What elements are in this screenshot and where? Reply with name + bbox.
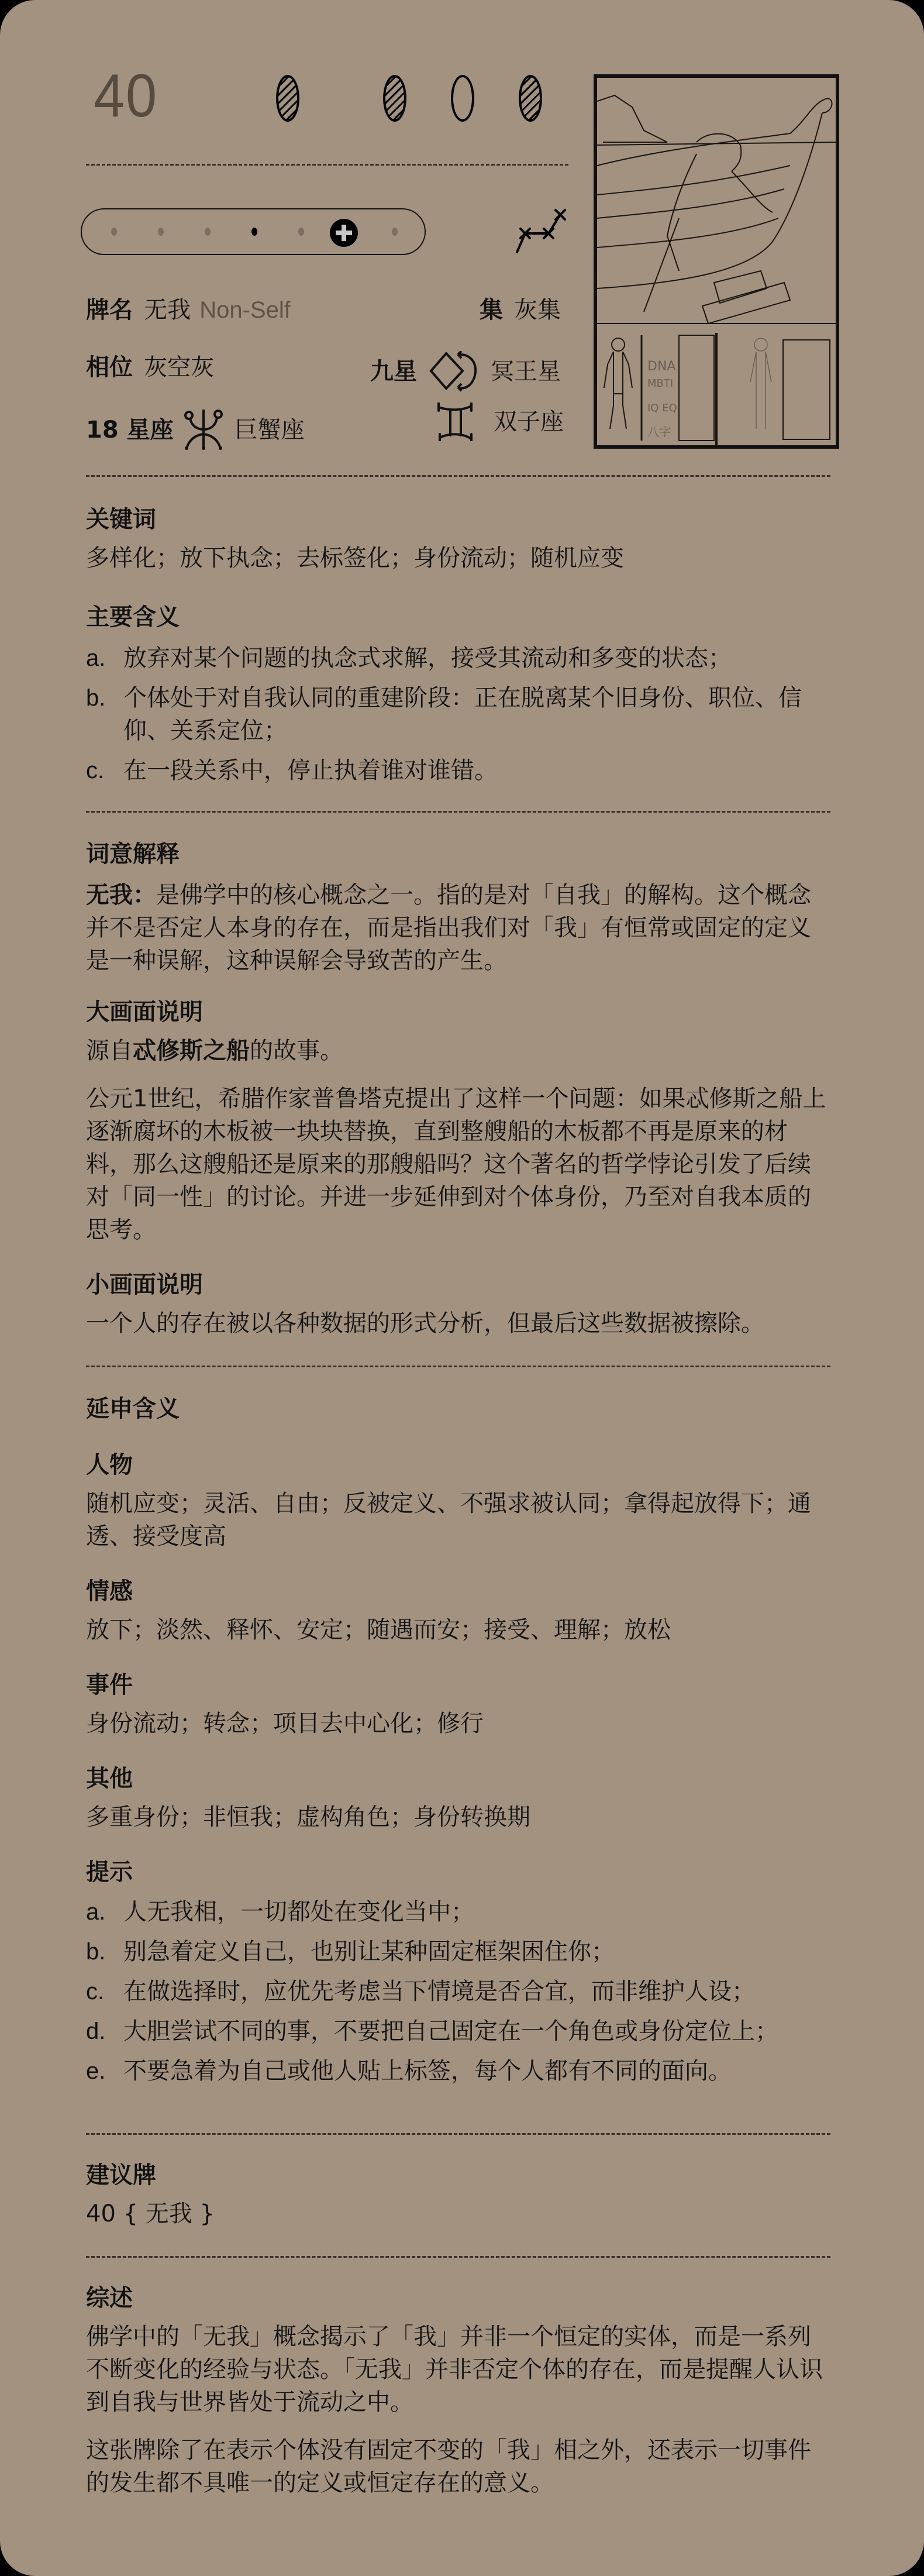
gemini-symbol-icon: [437, 403, 474, 441]
big-picture-section: 大画面说明 源自忒修斯之船的故事。 公元1世纪，希腊作家普鲁塔克提出了这样一个问…: [86, 996, 829, 1246]
plus-circle-icon: [330, 219, 358, 247]
list-text: 在做选择时，应优先考虑当下情境是否合宜，而非维护人设；: [123, 1975, 755, 2008]
summary-section: 综述 佛学中的「无我」概念揭示了「我」并非一个恒定的实体，而是一系列不断变化的经…: [86, 2282, 829, 2499]
extended-section: 延申含义 人物 随机应变；灵活、自由；反被定义、不强求被认同；拿得起放得下；通透…: [86, 1392, 829, 2094]
zodiac2-row: 双子座: [437, 403, 564, 441]
divider: [86, 164, 568, 166]
list-text: 放弃对某个问题的执念式求解，接受其流动和多变的状态；: [123, 642, 732, 675]
nine-star-value: 冥王星: [491, 355, 561, 388]
illustration-label: IQ EQ: [647, 402, 677, 414]
person-text: 随机应变；灵活、自由；反被定义、不强求被认同；拿得起放得下；通透、接受度高: [86, 1487, 829, 1553]
big-picture-intro: 源自忒修斯之船的故事。: [86, 1034, 829, 1067]
card-illustration: DNA MBTI IQ EQ 八字: [594, 74, 839, 449]
card-name-cn: 无我: [144, 297, 191, 324]
phase-label: 相位: [86, 354, 133, 381]
main-meaning-item: a. 放弃对某个问题的执念式求解，接受其流动和多变的状态；: [86, 642, 829, 675]
divider: [86, 475, 830, 477]
moon-phase-empty-icon: [451, 75, 474, 122]
suggested-section: 建议牌 40 { 无我 }: [86, 2159, 829, 2230]
moon-phase-hatched-icon: [383, 75, 406, 122]
list-marker: b.: [86, 1935, 123, 1968]
tip-item: d. 大胆尝试不同的事，不要把自己固定在一个角色或身份定位上；: [86, 2015, 829, 2048]
cancer-glyph-icon: [183, 410, 224, 450]
small-picture-title: 小画面说明: [86, 1268, 829, 1301]
keywords-title: 关键词: [86, 503, 829, 536]
word-meaning-term: 无我：: [86, 882, 156, 909]
track-dot: [111, 228, 117, 236]
word-meaning-paragraph: 无我：是佛学中的核心概念之一。指的是对「自我」的解构。这个概念并不是否定人本身的…: [86, 879, 829, 977]
summary-title: 综述: [86, 2282, 829, 2314]
track-dot: [298, 228, 304, 236]
list-text: 大胆尝试不同的事，不要把自己固定在一个角色或身份定位上；: [123, 2015, 778, 2048]
divider: [86, 811, 830, 813]
card-number: 40: [94, 66, 158, 126]
divider: [86, 2133, 830, 2135]
main-meaning-section: 主要含义 a. 放弃对某个问题的执念式求解，接受其流动和多变的状态； b. 个体…: [86, 601, 829, 794]
main-meaning-title: 主要含义: [86, 601, 829, 634]
list-text: 人无我相，一切都处在变化当中；: [123, 1896, 474, 1928]
moon-phase-hatched-icon: [276, 75, 299, 122]
word-meaning-section: 词意解释 无我：是佛学中的核心概念之一。指的是对「自我」的解构。这个概念并不是否…: [86, 838, 829, 977]
track-dot: [392, 228, 398, 236]
phase-value: 灰空灰: [144, 354, 214, 381]
event-text: 身份流动；转念；项目去中心化；修行: [86, 1707, 829, 1740]
set-row: 集 灰集: [480, 294, 561, 326]
track-dot: [205, 228, 211, 236]
zodiac-row: 18 星座 巨蟹座: [86, 410, 305, 450]
main-meaning-item: c. 在一段关系中，停止执着谁对谁错。: [86, 754, 829, 787]
list-marker: a.: [86, 642, 123, 675]
big-picture-title: 大画面说明: [86, 996, 829, 1029]
phase-row: 相位 灰空灰: [86, 351, 214, 384]
card: 40 牌名 无我 Non-Self 集 灰集 相位 灰空: [0, 0, 924, 2576]
zodiac-label: 18 星座: [86, 414, 174, 446]
list-marker: c.: [86, 1975, 123, 2008]
card-name-en: Non-Self: [199, 297, 291, 323]
emotion-title: 情感: [86, 1575, 829, 1608]
position-track: [81, 208, 426, 255]
summary-p2: 这张牌除了在表示个体没有固定不变的「我」相之外，还表示一切事件的发生都不具唯一的…: [86, 2434, 829, 2499]
divider: [86, 2256, 830, 2258]
list-marker: c.: [86, 754, 123, 787]
moon-phase-hatched-icon: [519, 75, 542, 122]
tip-item: a. 人无我相，一切都处在变化当中；: [86, 1896, 829, 1928]
divider: [86, 1366, 830, 1367]
card-name-label: 牌名: [86, 297, 133, 324]
list-marker: d.: [86, 2015, 123, 2048]
emotion-text: 放下；淡然、释怀、安定；随遇而安；接受、理解；放松: [86, 1614, 829, 1646]
other-text: 多重身份；非恒我；虚构角色；身份转换期: [86, 1801, 829, 1834]
intro-bold: 忒修斯之船: [133, 1037, 250, 1064]
list-marker: b.: [86, 682, 123, 747]
list-text: 别急着定义自己，也别让某种固定框架困住你；: [123, 1935, 615, 1968]
constellation-icon: [515, 208, 567, 254]
main-meaning-item: b. 个体处于对自我认同的重建阶段：正在脱离某个旧身份、职位、信仰、关系定位；: [86, 682, 829, 747]
pluto-symbol-icon: [429, 351, 481, 392]
list-text: 个体处于对自我认同的重建阶段：正在脱离某个旧身份、职位、信仰、关系定位；: [123, 682, 829, 747]
nine-star-row: 九星 冥王星: [370, 351, 561, 392]
card-name-row: 牌名 无我 Non-Self: [86, 294, 291, 326]
illustration-label: 八字: [647, 425, 671, 439]
tip-item: c. 在做选择时，应优先考虑当下情境是否合宜，而非维护人设；: [86, 1975, 829, 2008]
suggested-title: 建议牌: [86, 2159, 829, 2192]
keywords-section: 关键词 多样化；放下执念；去标签化；身份流动；随机应变: [86, 503, 829, 575]
word-meaning-title: 词意解释: [86, 838, 829, 871]
set-value: 灰集: [514, 297, 561, 324]
tip-item: e. 不要急着为自己或他人贴上标签，每个人都有不同的面向。: [86, 2055, 829, 2087]
extended-title: 延申含义: [86, 1392, 829, 1425]
illustration-label: MBTI: [647, 377, 673, 390]
small-picture-text: 一个人的存在被以各种数据的形式分析，但最后这些数据被擦除。: [86, 1307, 829, 1340]
zodiac1-value: 巨蟹座: [235, 414, 305, 446]
track-dot-active: [251, 228, 257, 236]
list-text: 不要急着为自己或他人贴上标签，每个人都有不同的面向。: [123, 2055, 732, 2087]
tips-title: 提示: [86, 1856, 829, 1889]
intro-post: 的故事。: [250, 1037, 343, 1064]
keywords-text: 多样化；放下执念；去标签化；身份流动；随机应变: [86, 542, 829, 575]
list-marker: e.: [86, 2055, 123, 2087]
summary-p1: 佛学中的「无我」概念揭示了「我」并非一个恒定的实体，而是一系列不断变化的经验与状…: [86, 2320, 829, 2419]
zodiac2-value: 双子座: [494, 405, 564, 438]
big-picture-text: 公元1世纪，希腊作家普鲁塔克提出了这样一个问题：如果忒修斯之船上逐渐腐坏的木板被…: [86, 1082, 829, 1246]
other-title: 其他: [86, 1762, 829, 1795]
word-meaning-text: 是佛学中的核心概念之一。指的是对「自我」的解构。这个概念并不是否定人本身的存在，…: [86, 882, 811, 974]
person-title: 人物: [86, 1449, 829, 1481]
track-dot: [158, 228, 164, 236]
small-picture-section: 小画面说明 一个人的存在被以各种数据的形式分析，但最后这些数据被擦除。: [86, 1268, 829, 1340]
nine-star-label: 九星: [370, 355, 417, 388]
intro-pre: 源自: [86, 1037, 133, 1064]
list-marker: a.: [86, 1896, 123, 1928]
list-text: 在一段关系中，停止执着谁对谁错。: [123, 754, 498, 787]
ship-of-theseus-illustration: DNA MBTI IQ EQ 八字: [597, 78, 836, 445]
event-title: 事件: [86, 1669, 829, 1701]
illustration-label: DNA: [647, 359, 675, 374]
set-label: 集: [480, 297, 503, 324]
suggested-text: 40 { 无我 }: [86, 2197, 829, 2230]
tip-item: b. 别急着定义自己，也别让某种固定框架困住你；: [86, 1935, 829, 1968]
